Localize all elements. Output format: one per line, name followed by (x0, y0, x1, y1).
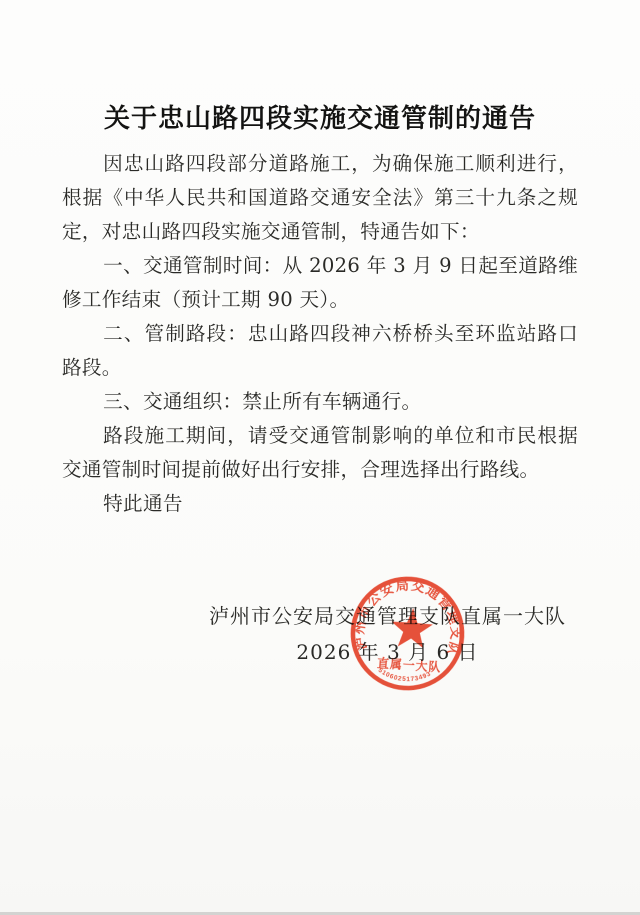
notice-page: 关于忠山路四段实施交通管制的通告 因忠山路四段部分道路施工，为确保施工顺利进行，… (0, 0, 640, 915)
notice-body: 因忠山路四段部分道路施工，为确保施工顺利进行，根据《中华人民共和国道路交通安全法… (62, 147, 578, 521)
notice-paragraph: 二、管制路段：忠山路四段神六桥桥头至环监站路口路段。 (62, 317, 578, 385)
notice-paragraph: 路段施工期间，请受交通管制影响的单位和市民根据交通管制时间提前做好出行安排，合理… (62, 419, 578, 487)
seal-ring-text: 泸州市公安局交通管理支队 (350, 573, 469, 660)
notice-paragraph: 一、交通管制时间：从 2026 年 3 月 9 日起至道路维修工作结束（预计工期… (62, 249, 578, 317)
seal-ring-text-holder: 泸州市公安局交通管理支队 (350, 573, 469, 660)
notice-paragraph: 因忠山路四段部分道路施工，为确保施工顺利进行，根据《中华人民共和国道路交通安全法… (62, 147, 578, 249)
notice-title: 关于忠山路四段实施交通管制的通告 (0, 98, 640, 135)
official-seal: 泸州市公安局交通管理支队 直属一大队 5106025173493 (344, 570, 471, 697)
notice-paragraph: 三、交通组织：禁止所有车辆通行。 (62, 385, 578, 419)
notice-paragraph: 特此通告 (62, 487, 578, 521)
seal-star-icon (390, 607, 434, 649)
